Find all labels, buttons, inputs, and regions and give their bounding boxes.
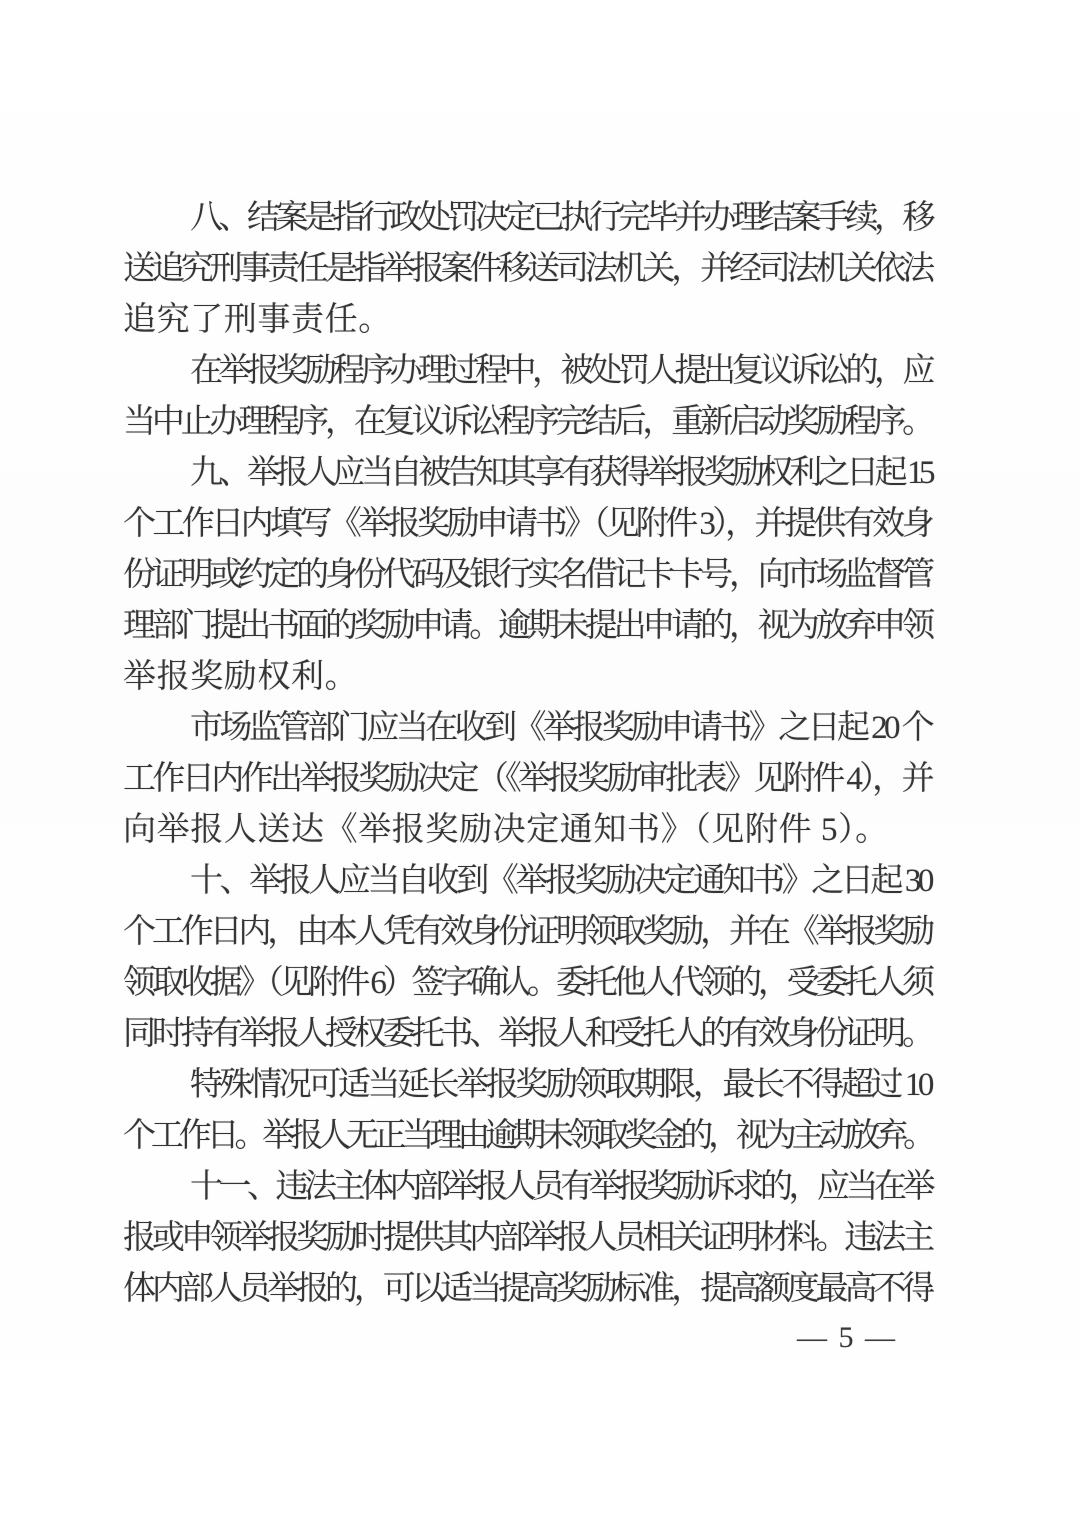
text-line: 个工作日内填写《举报奖励申请书》（见附件 3），并提供有效身 xyxy=(123,499,931,550)
text-line: 八、结案是指行政处罚决定已执行完毕并办理结案手续，移 xyxy=(123,193,931,244)
document-text: 八、结案是指行政处罚决定已执行完毕并办理结案手续，移送追究刑事责任是指举报案件移… xyxy=(123,193,931,1315)
text-line: 送追究刑事责任是指举报案件移送司法机关，并经司法机关依法 xyxy=(123,244,931,295)
text-line: 举报奖励权利。 xyxy=(123,652,931,703)
text-line: 理部门提出书面的奖励申请。逾期未提出申请的，视为放弃申领 xyxy=(123,601,931,652)
text-line: 特殊情况可适当延长举报奖励领取期限，最长不得超过 10 xyxy=(123,1060,931,1111)
text-line: 体内部人员举报的，可以适当提高奖励标准，提高额度最高不得 xyxy=(123,1264,931,1315)
text-line: 十、举报人应当自收到《举报奖励决定通知书》之日起 30 xyxy=(123,856,931,907)
page-number: — 5 — xyxy=(797,1320,897,1356)
text-line: 九、举报人应当自被告知其享有获得举报奖励权利之日起 15 xyxy=(123,448,931,499)
text-line: 向举报人送达《举报奖励决定通知书》（见附件 5）。 xyxy=(123,805,931,856)
text-line: 份证明或约定的身份代码及银行实名借记卡卡号，向市场监督管 xyxy=(123,550,931,601)
text-line: 同时持有举报人授权委托书、举报人和受托人的有效身份证明。 xyxy=(123,1009,931,1060)
text-line: 当中止办理程序，在复议诉讼程序完结后，重新启动奖励程序。 xyxy=(123,397,931,448)
text-line: 十一、违法主体内部举报人员有举报奖励诉求的，应当在举 xyxy=(123,1162,931,1213)
text-line: 个工作日。举报人无正当理由逾期未领取奖金的，视为主动放弃。 xyxy=(123,1111,931,1162)
text-line: 个工作日内，由本人凭有效身份证明领取奖励，并在《举报奖励 xyxy=(123,907,931,958)
text-line: 工作日内作出举报奖励决定（《举报奖励审批表》见附件 4），并 xyxy=(123,754,931,805)
text-line: 市场监管部门应当在收到《举报奖励申请书》之日起 20 个 xyxy=(123,703,931,754)
text-line: 领取收据》（见附件 6）签字确认。委托他人代领的，受委托人须 xyxy=(123,958,931,1009)
text-line: 报或申领举报奖励时提供其内部举报人员相关证明材料。违法主 xyxy=(123,1213,931,1264)
document-page: 八、结案是指行政处罚决定已执行完毕并办理结案手续，移送追究刑事责任是指举报案件移… xyxy=(0,0,1080,1527)
text-line: 在举报奖励程序办理过程中，被处罚人提出复议诉讼的，应 xyxy=(123,346,931,397)
text-line: 追究了刑事责任。 xyxy=(123,295,931,346)
